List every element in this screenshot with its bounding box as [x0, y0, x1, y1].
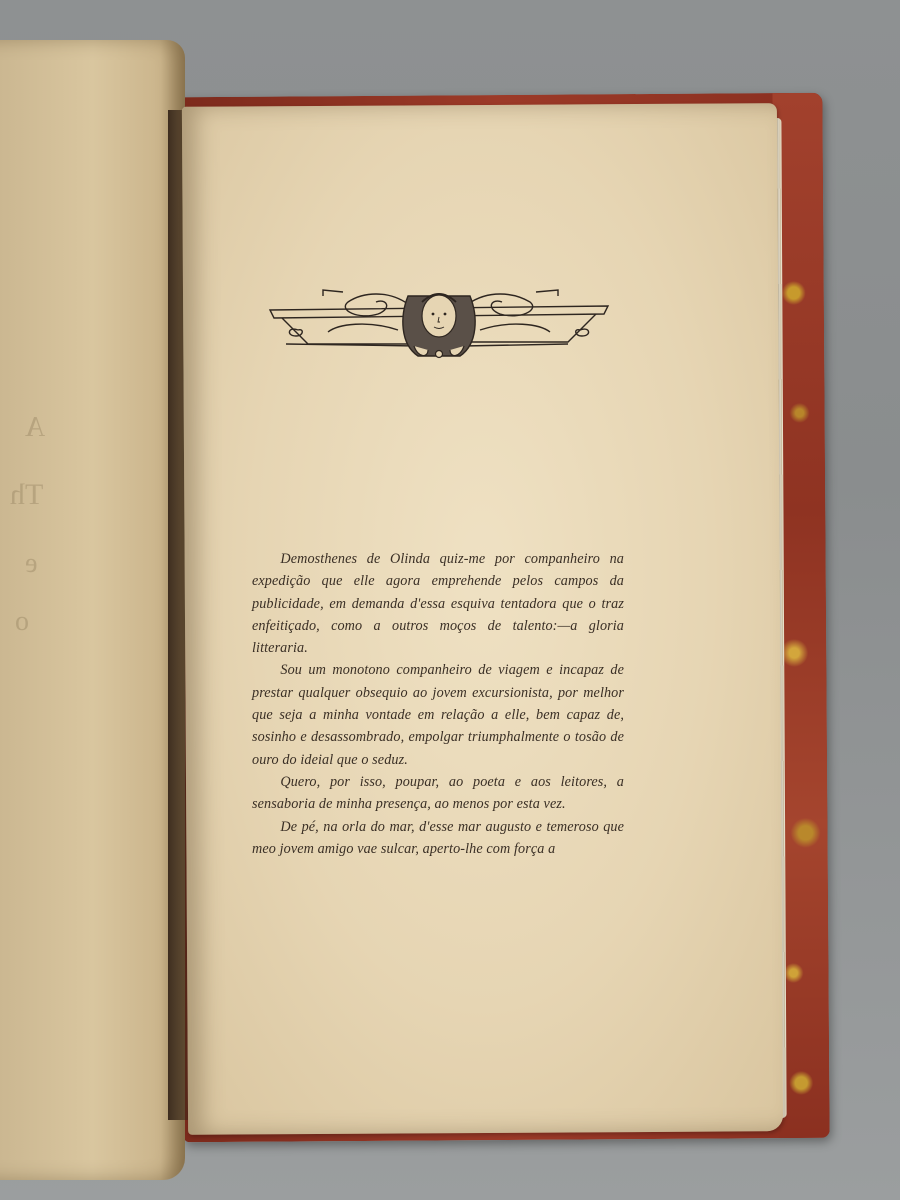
cherub-headpiece-ornament-icon	[268, 286, 610, 362]
left-page: A Th e o	[0, 40, 185, 1180]
bleed-through-text: e	[25, 548, 37, 580]
paragraph: Demosthenes de Olinda quiz-me por compan…	[252, 548, 624, 659]
paragraph: De pé, na orla do mar, d'esse mar august…	[252, 816, 624, 861]
bleed-through-text: Th	[10, 478, 43, 512]
book-photo: A Th e o	[0, 0, 900, 1200]
paragraph: Quero, por isso, poupar, ao poeta e aos …	[252, 771, 624, 816]
bleed-through-text: A	[25, 412, 45, 444]
page-body-text: Demosthenes de Olinda quiz-me por compan…	[252, 548, 624, 860]
bleed-through-text: o	[15, 606, 29, 638]
paragraph: Sou um monotono companheiro de viagem e …	[252, 659, 624, 770]
